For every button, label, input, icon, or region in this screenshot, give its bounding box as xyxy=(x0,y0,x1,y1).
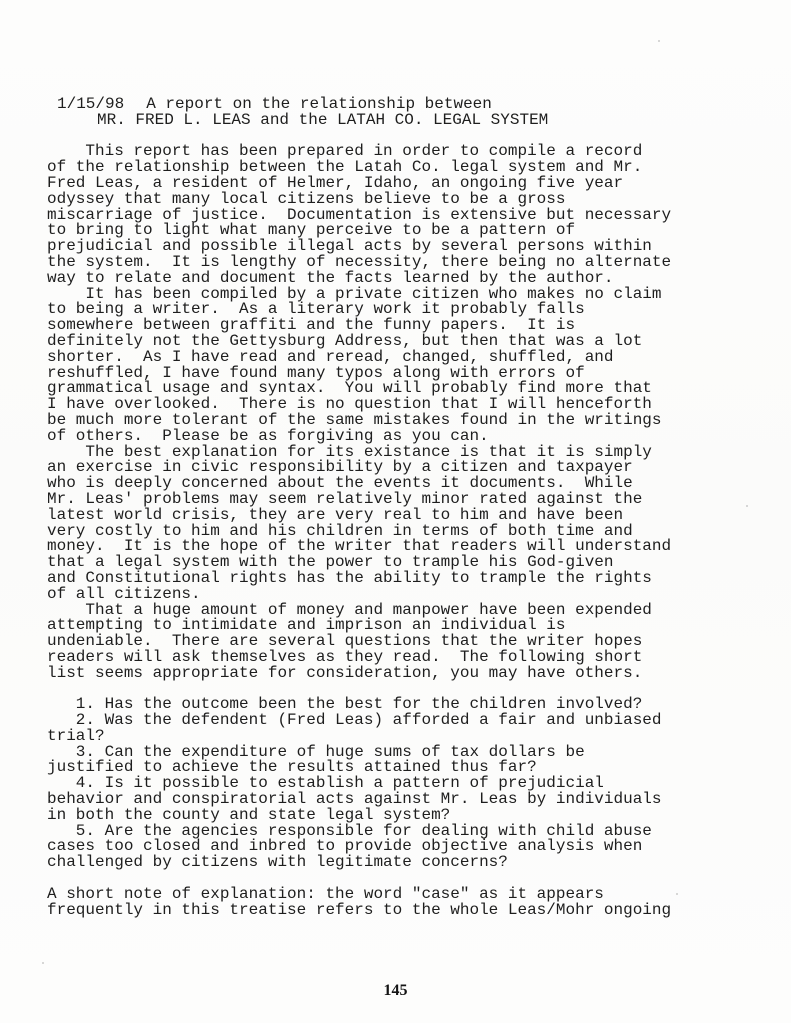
page-number: 145 xyxy=(0,983,791,999)
paragraph-compiled-by: It has been compiled by a private citize… xyxy=(47,287,747,445)
paragraph-huge-amount: That a huge amount of money and manpower… xyxy=(47,603,747,682)
scan-speck xyxy=(658,40,660,42)
paragraph-intro: This report has been prepared in order t… xyxy=(47,144,747,286)
document-page: 1/15/98A report on the relationship betw… xyxy=(0,0,791,1023)
document-header: 1/15/98A report on the relationship betw… xyxy=(47,97,747,129)
closing-note: A short note of explanation: the word "c… xyxy=(47,887,747,919)
document-content: 1/15/98A report on the relationship betw… xyxy=(47,97,747,918)
scan-speck xyxy=(42,962,44,964)
document-title-line-2: MR. FRED L. LEAS and the LATAH CO. LEGAL… xyxy=(47,113,747,129)
scan-speck xyxy=(676,893,678,895)
scan-speck xyxy=(746,505,748,507)
questions-list: 1. Has the outcome been the best for the… xyxy=(47,697,747,871)
paragraph-best-explanation: The best explanation for its existance i… xyxy=(47,445,747,603)
